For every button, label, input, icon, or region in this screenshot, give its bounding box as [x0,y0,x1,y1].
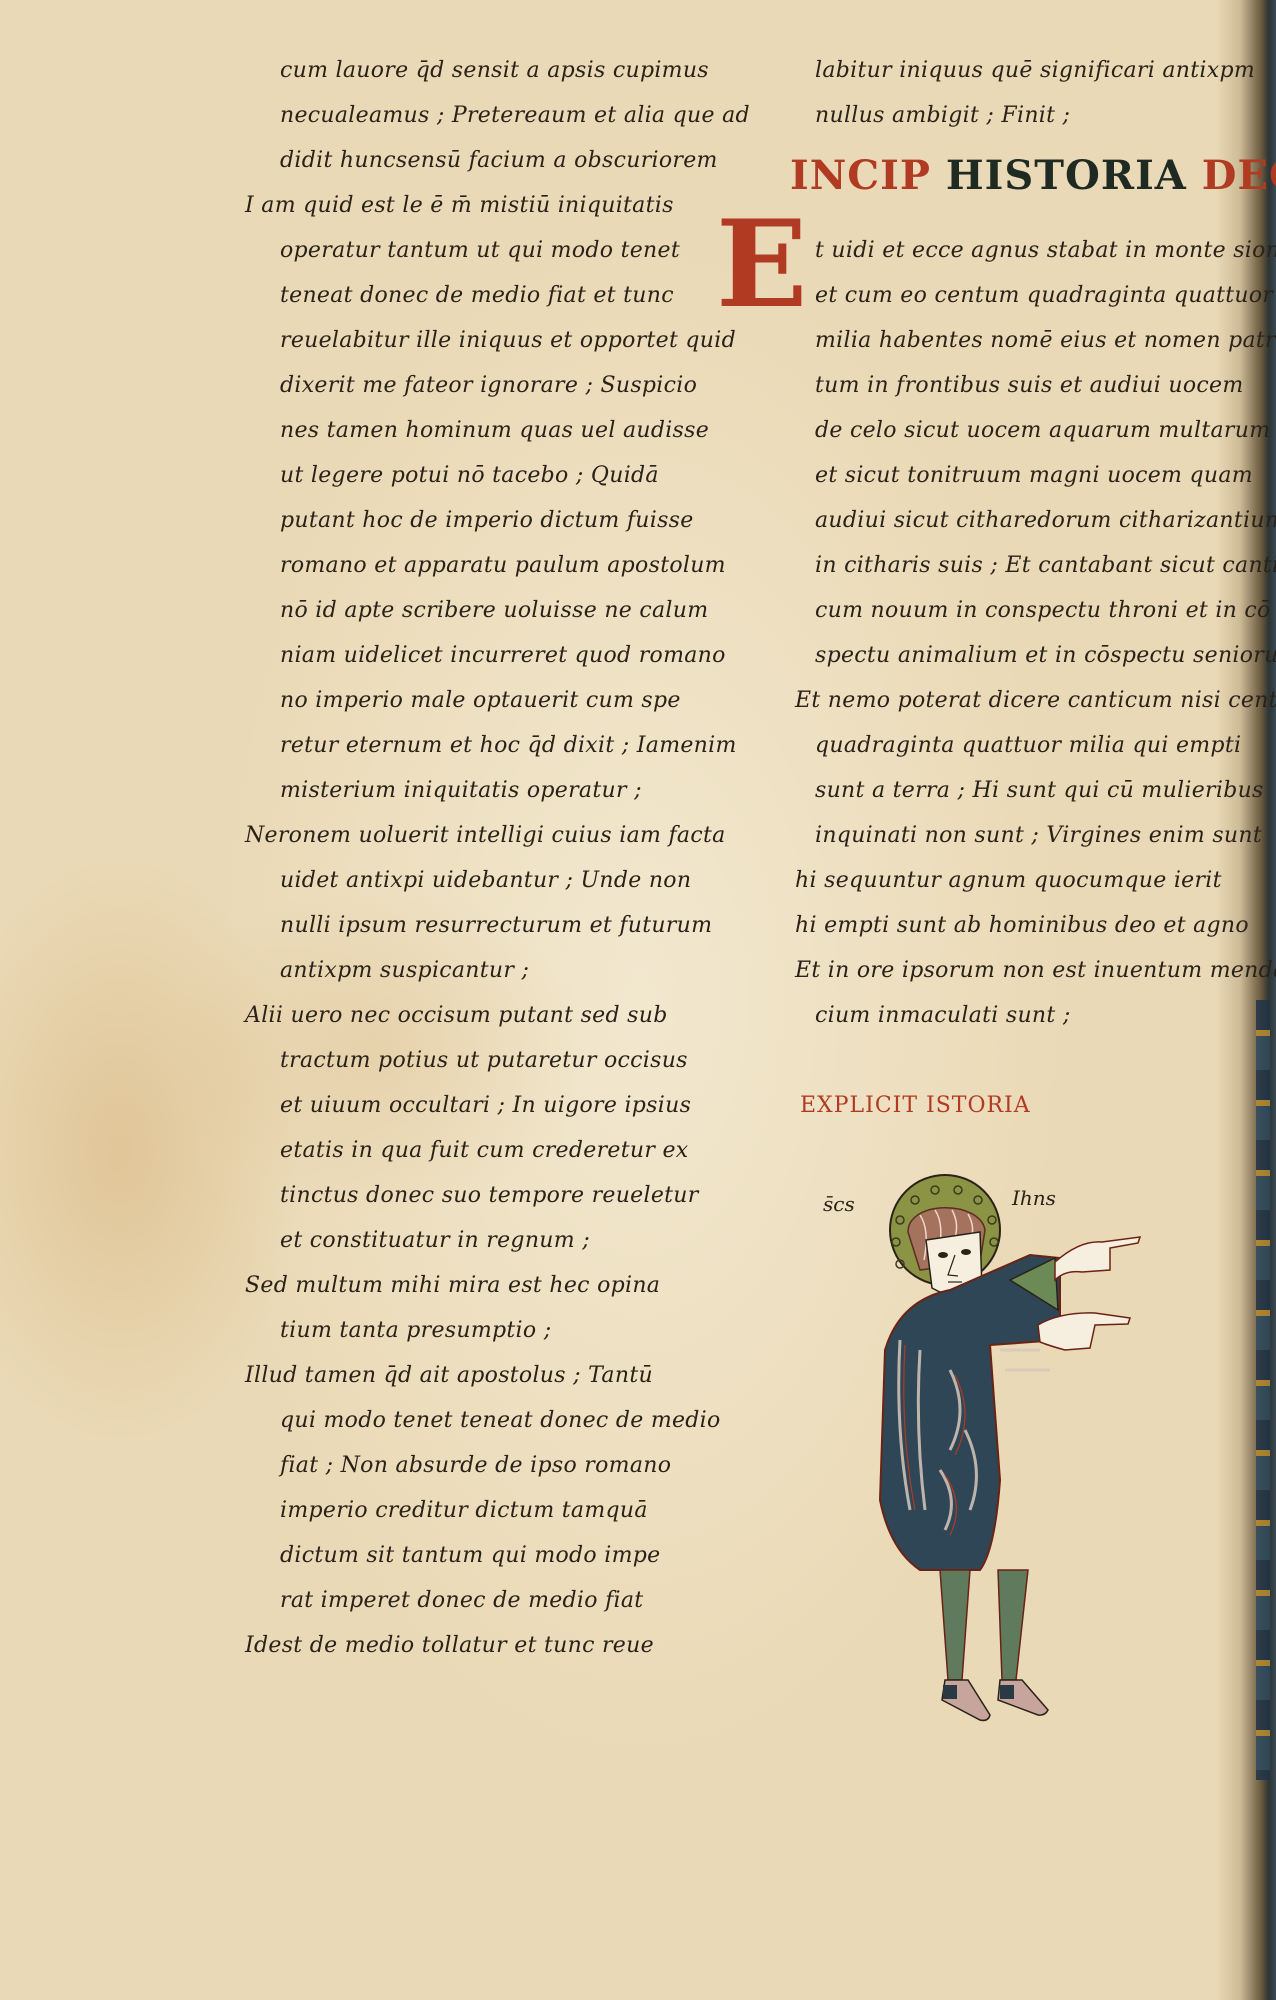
manuscript-line: t uidi et ecce agnus stabat in monte sio… [815,238,1276,263]
manuscript-line: putant hoc de imperio dictum fuisse [280,508,694,533]
explicit-rubric: EXPLICIT ISTORIA [800,1093,1031,1118]
manuscript-line: qui modo tenet teneat donec de medio [280,1408,721,1433]
manuscript-line: retur eternum et hoc q̄d dixit ; Iamenim [280,733,737,758]
manuscript-line: rat imperet donec de medio fiat [280,1588,643,1613]
manuscript-line: milia habentes nomē eius et nomen patris… [815,328,1276,353]
manuscript-line: in citharis suis ; Et cantabant sicut ca… [815,553,1276,578]
manuscript-line: audiui sicut citharedorum citharizantium [815,508,1276,533]
manuscript-line: tum in frontibus suis et audiui uocem [815,373,1244,398]
facing-page-miniature-edge [1256,1000,1270,1780]
manuscript-line: didit huncsensū facium a obscuriorem [280,148,718,173]
manuscript-line: hi empti sunt ab hominibus deo et agno [795,913,1249,938]
manuscript-line: tium tanta presumptio ; [280,1318,551,1343]
manuscript-line: et sicut tonitruum magni uocem quam [815,463,1253,488]
pointing-hand-upper-icon [1055,1237,1140,1280]
manuscript-line: sunt a terra ; Hi sunt qui cū mulieribus [815,778,1264,803]
manuscript-line: de celo sicut uocem aquarum multarum [815,418,1270,443]
manuscript-line: necualeamus ; Pretereaum et alia que ad [280,103,750,128]
heading-historia: HISTORIA [946,152,1187,199]
manuscript-line: ut legere potui nō tacebo ; Quidā [280,463,659,488]
manuscript-line: Et in ore ipsorum non est inuentum menda [795,958,1276,983]
manuscript-line: nō id apte scribere uoluisse ne calum [280,598,708,623]
heading-decima: DECIMA [1202,152,1276,199]
manuscript-line: etatis in qua fuit cum crederetur ex [280,1138,688,1163]
manuscript-line: Alii uero nec occisum putant sed sub [245,1003,668,1028]
manuscript-line: uidet antixpi uidebantur ; Unde non [280,868,691,893]
manuscript-line: misterium iniquitatis operatur ; [280,778,642,803]
saint-john-illustration [820,1170,1150,1760]
manuscript-line: hi sequuntur agnum quocumque ierit [795,868,1222,893]
manuscript-line: imperio creditur dictum tamquā [280,1498,648,1523]
decorated-initial: E [716,205,807,325]
manuscript-line: dictum sit tantum qui modo impe [280,1543,660,1568]
manuscript-line: inquinati non sunt ; Virgines enim sunt [815,823,1262,848]
manuscript-line: Et nemo poterat dicere canticum nisi cen… [795,688,1276,713]
manuscript-line: dixerit me fateor ignorare ; Suspicio [280,373,697,398]
section-heading: INCIP HISTORIA DECIMA SIGNI [790,152,1276,199]
manuscript-line: quadraginta quattuor milia qui empti [815,733,1241,758]
manuscript-line: et cum eo centum quadraginta quattuor [815,283,1273,308]
pointing-hand-lower-icon [1038,1313,1130,1350]
manuscript-line: nes tamen hominum quas uel audisse [280,418,709,443]
manuscript-line: et constituatur in regnum ; [280,1228,590,1253]
manuscript-line: cum nouum in conspectu throni et in cō [815,598,1271,623]
manuscript-line: cum lauore q̄d sensit a apsis cupimus [280,58,709,83]
manuscript-line: nulli ipsum resurrecturum et futurum [280,913,712,938]
manuscript-line: reuelabitur ille iniquus et opportet qui… [280,328,736,353]
manuscript-line: tinctus donec suo tempore reueletur [280,1183,699,1208]
manuscript-line: Illud tamen q̄d ait apostolus ; Tantū [245,1363,653,1388]
manuscript-folio: cum lauore q̄d sensit a apsis cupimusnec… [0,0,1276,2000]
manuscript-line: et uiuum occultari ; In uigore ipsius [280,1093,691,1118]
manuscript-line: niam uidelicet incurreret quod romano [280,643,726,668]
manuscript-line: Sed multum mihi mira est hec opina [245,1273,660,1298]
manuscript-line: Neronem uoluerit intelligi cuius iam fac… [245,823,726,848]
manuscript-line: nullus ambigit ; Finit ; [815,103,1070,128]
manuscript-line: labitur iniquus quē significari antixpm [815,58,1255,83]
manuscript-line: antixpm suspicantur ; [280,958,529,983]
manuscript-line: teneat donec de medio fiat et tunc [280,283,674,308]
manuscript-line: operatur tantum ut qui modo tenet [280,238,680,263]
manuscript-line: fiat ; Non absurde de ipso romano [280,1453,671,1478]
manuscript-line: romano et apparatu paulum apostolum [280,553,726,578]
manuscript-line: I am quid est le ē m̄ mistiū iniquitatis [245,193,674,218]
manuscript-line: Idest de medio tollatur et tunc reue [245,1633,654,1658]
manuscript-line: tractum potius ut putaretur occisus [280,1048,688,1073]
manuscript-line: cium inmaculati sunt ; [815,1003,1071,1028]
heading-incip: INCIP [790,152,931,199]
manuscript-line: no imperio male optauerit cum spe [280,688,681,713]
manuscript-line: spectu animalium et in cōspectu seniorum [815,643,1276,668]
